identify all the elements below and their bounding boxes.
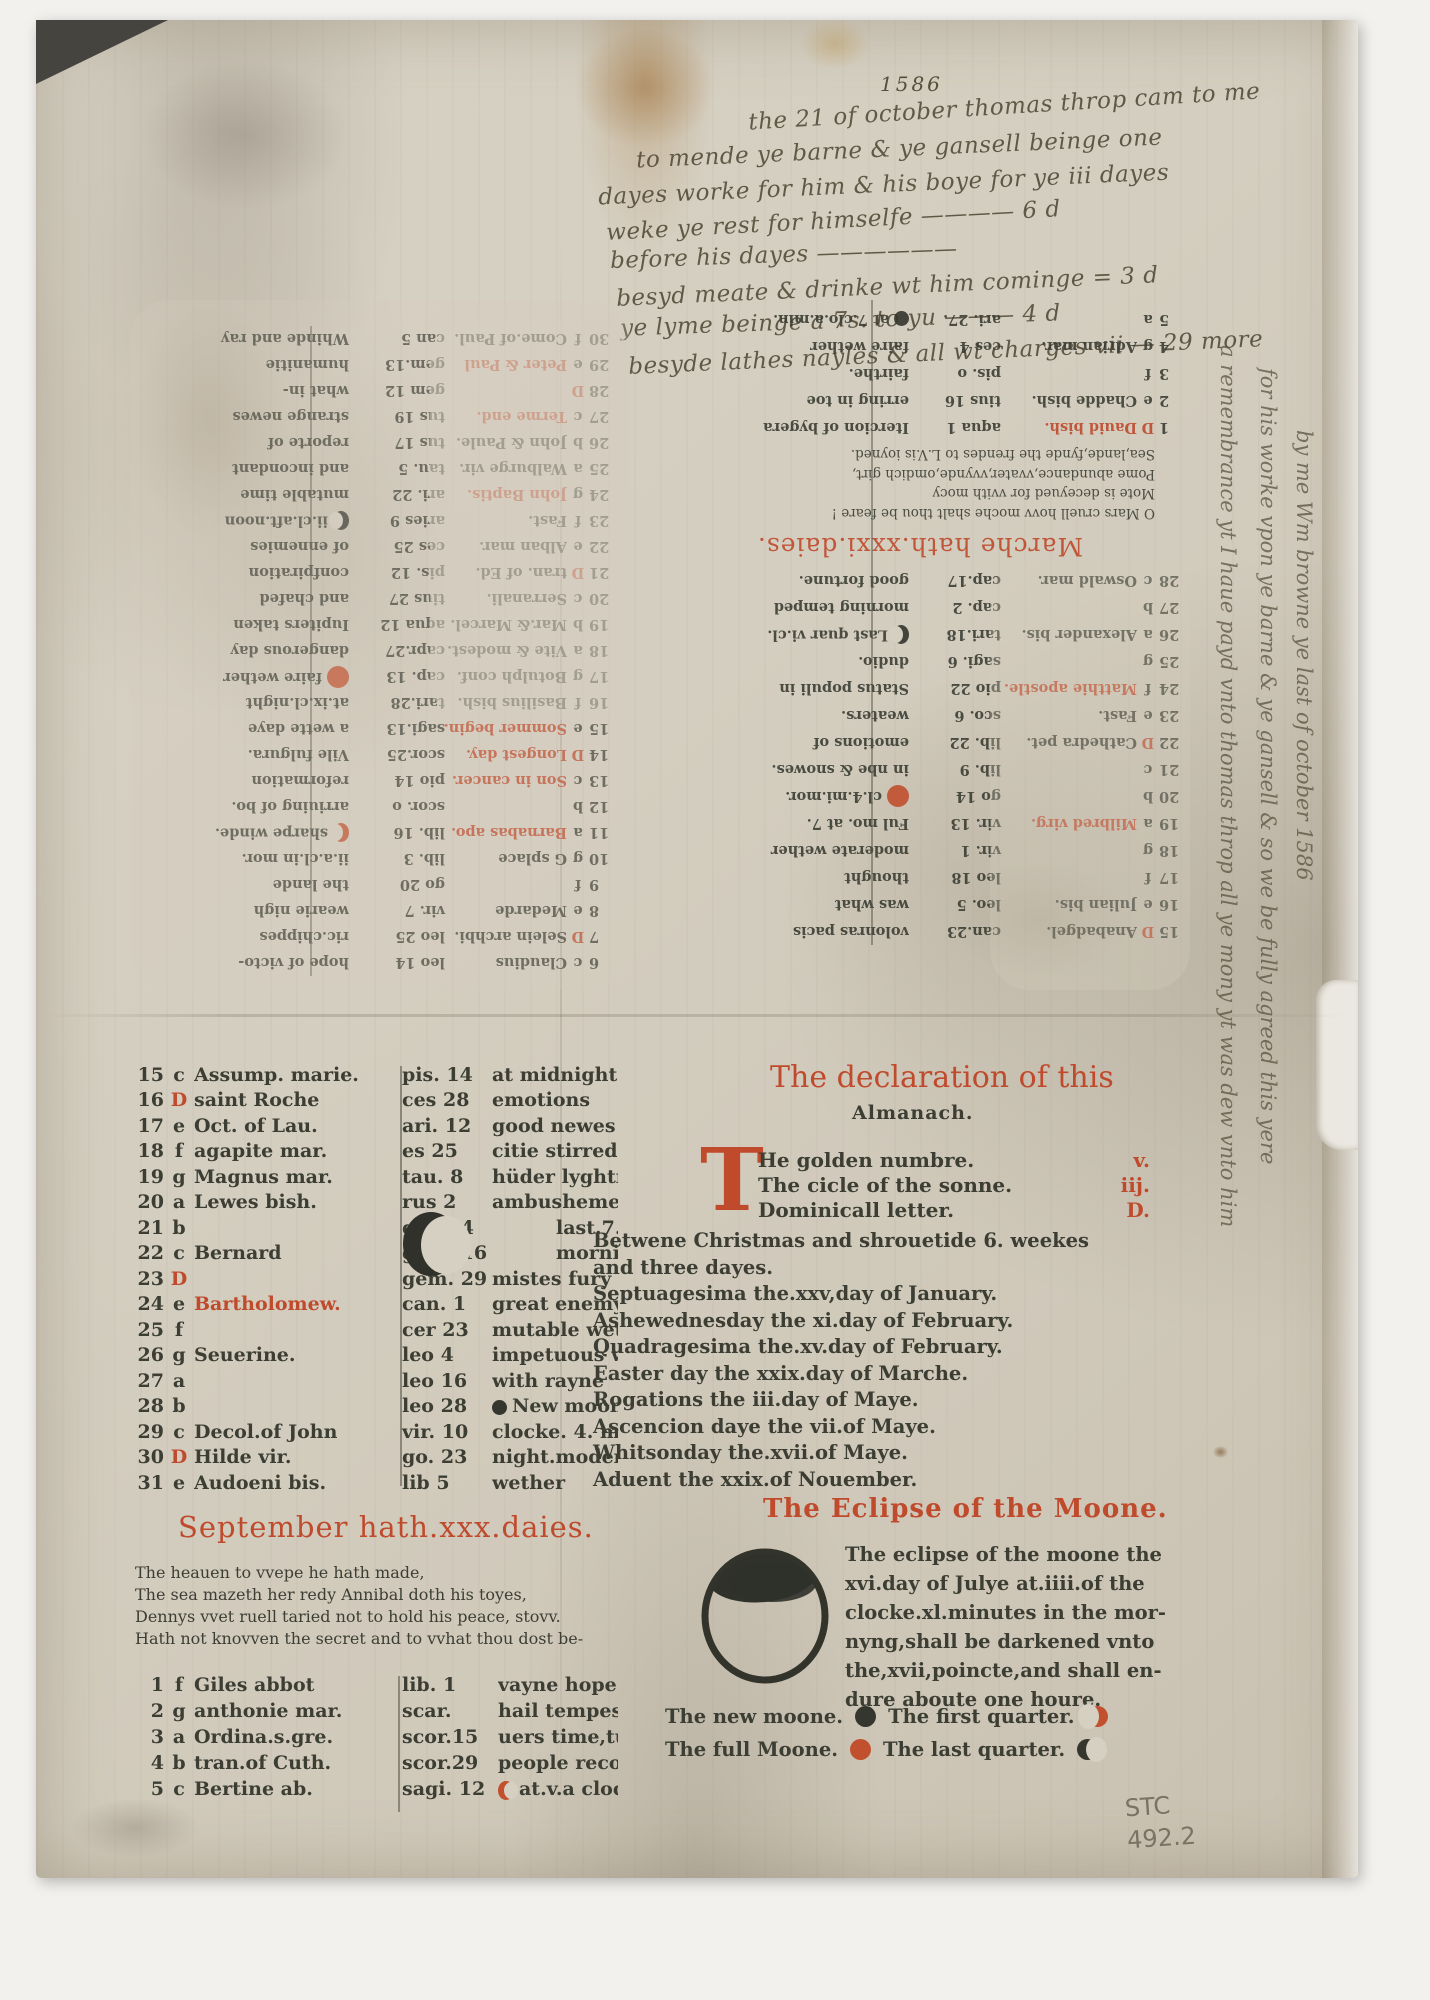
march-rows: 1DDauid bish.aqua 1Itercion of bygera2eC…	[655, 306, 1185, 441]
calendar-row: 17eOct. of Lau.ari. 12good newes	[130, 1113, 618, 1139]
dominical-letter: D	[567, 747, 589, 764]
full-moon-icon	[850, 1739, 871, 1760]
first-quarter-label: The first quarter.	[888, 1705, 1075, 1728]
calendar-row: 3aOrdina.s.gre.scor.15uers time,tumult	[130, 1724, 618, 1750]
day-number: 18	[589, 643, 615, 660]
day-number: 5	[1159, 311, 1185, 328]
prognostication: humanitie	[137, 357, 349, 374]
zodiac-degree: pio 14	[349, 773, 445, 790]
feast-name: Adrian mar.	[1001, 338, 1137, 355]
zodiac-degree: aqua 1	[909, 419, 1001, 436]
sun-cycle-value: iij.	[1121, 1173, 1150, 1198]
day-number: 23	[1159, 707, 1185, 724]
text-line: Mote is deceyued for vvith mocy	[655, 483, 1155, 503]
feast-name: Botulph conf.	[445, 669, 567, 686]
prognostication: hüder lyghtning	[492, 1166, 618, 1188]
day-number: 29	[130, 1421, 164, 1443]
calendar-row: 15cAssump. marie.pis. 14at midnight heat…	[130, 1062, 618, 1088]
dominical-letter: e	[567, 539, 589, 556]
dominical-letter: c	[567, 955, 589, 972]
day-number: 24	[1159, 680, 1185, 697]
calendar-row: 7DSelein archbi.leo 25ric.chippes	[137, 924, 615, 950]
day-number: 8	[589, 903, 615, 920]
prognostication: at.v.a clocke in	[498, 1778, 618, 1800]
calendar-row: 29ePeter & Paulgem.13humanitie	[137, 352, 615, 378]
feast-name: Audoeni bis.	[194, 1472, 402, 1494]
feast-name: Cathedra pet.	[1001, 734, 1137, 751]
dominical-letter: e	[567, 903, 589, 920]
dominical-letter: f	[1137, 869, 1159, 886]
prognostication: what in-	[137, 383, 349, 400]
feast-name: Claudius	[445, 955, 567, 972]
inverted-june-calendar: 6cClaudiusleo 14hope of victo-7DSelein a…	[137, 326, 615, 976]
dominical-letter: e	[1137, 896, 1159, 913]
zodiac-degree: vir. 1	[909, 842, 1001, 859]
calendar-row: 18fagapite mar.es 25citie stirred	[130, 1139, 618, 1165]
zodiac-degree: cap. 13	[349, 669, 445, 686]
feast-name: tran. of Ed.	[445, 565, 567, 582]
feast-name: Son in cancer.	[445, 773, 567, 790]
text-line: The eclipse of the moone the	[845, 1540, 1166, 1569]
zodiac-degree: ces 25	[349, 539, 445, 556]
zodiac-degree: ari. 12	[402, 1115, 492, 1137]
feast-name: Dauid bish.	[1001, 419, 1137, 436]
declaration-heading: The declaration of this	[770, 1060, 1114, 1095]
feast-name: Barnabas apo.	[445, 825, 567, 842]
september-poem: The heauen to vvepe he hath made,The sea…	[135, 1562, 583, 1650]
day-number: 20	[589, 591, 615, 608]
dominical-letter: c	[164, 1064, 194, 1086]
day-number: 3	[1159, 365, 1185, 382]
day-number: 4	[1159, 338, 1185, 355]
calendar-row: 17fleo 18thought	[655, 864, 1185, 891]
zodiac-degree: cer 23	[402, 1319, 492, 1341]
dominical-letter: e	[567, 357, 589, 374]
calendar-row: 3fpis. ofairthe.	[655, 360, 1185, 387]
feast-name: Come.of Paul.	[445, 331, 567, 348]
declaration-subheading: Almanach.	[852, 1102, 974, 1124]
feast-name: Giles abbot	[194, 1674, 402, 1696]
prognostication: reformation	[137, 773, 349, 790]
text-line: Ashewednesday the xi.day of February.	[593, 1308, 1089, 1335]
feast-name: Mar.& Marcel.	[445, 617, 567, 634]
text-line: Dennys vvet ruell taried not to hold his…	[135, 1606, 583, 1628]
calendar-row: 23fFast.aries 9ii.cl.aft.noon	[137, 508, 615, 534]
day-number: 24	[130, 1293, 164, 1315]
dominical-letter: g	[1137, 338, 1159, 355]
calendar-row: 24fMatthie apostle.pio 22Status populi i…	[655, 675, 1185, 702]
calendar-row: 31eAudoeni bis.lib 5wether	[130, 1470, 618, 1496]
new-moon-icon	[855, 1706, 876, 1727]
day-number: 17	[1159, 869, 1185, 886]
zodiac-degree: capr.27	[349, 643, 445, 660]
golden-number-row: He golden numbre. v.	[758, 1148, 1150, 1173]
dominical-letter: b	[1137, 788, 1159, 805]
prognostication: Whinde and ray	[137, 331, 349, 348]
zodiac-degree: aries 9	[349, 513, 445, 530]
last-quarter-label: The last quarter.	[883, 1738, 1065, 1761]
feast-name: Ordina.s.gre.	[194, 1726, 402, 1748]
zodiac-degree: cap.17	[909, 572, 1001, 589]
moon-dot-icon	[492, 1400, 507, 1415]
eclipse-diagram	[695, 1538, 835, 1692]
text-line: nyng,shall be darkened vnto	[845, 1627, 1166, 1656]
calendar-row: 24eBartholomew.can. 1great enemy	[130, 1292, 618, 1318]
day-number: 25	[130, 1319, 164, 1341]
day-number: 22	[130, 1242, 164, 1264]
feast-name: Oswald mar.	[1001, 572, 1137, 589]
day-number: 4	[130, 1752, 164, 1774]
dominical-letter: a	[1137, 626, 1159, 643]
dominical-letter: b	[567, 799, 589, 816]
zodiac-degree: can 5	[349, 331, 445, 348]
calendar-row: 15eSommer begin.sagi.13a wette daye	[137, 716, 615, 742]
day-number: 30	[589, 331, 615, 348]
prognostication: ambushementes	[492, 1191, 618, 1213]
moon-dot-icon	[894, 312, 909, 327]
day-number: 19	[1159, 815, 1185, 832]
day-number: 1	[130, 1674, 164, 1696]
prognostication: strange newes	[137, 409, 349, 426]
feast-name: Alban mar.	[445, 539, 567, 556]
prognostication: good newes	[492, 1115, 618, 1137]
feast-name: anthonie mar.	[194, 1700, 402, 1722]
prognostication: wearie nigh	[137, 903, 349, 920]
dominical-letter: b	[567, 435, 589, 452]
feast-name: Oct. of Lau.	[194, 1115, 402, 1137]
zodiac-degree: scor.25	[349, 747, 445, 764]
feast-name: Chadde bish.	[1001, 392, 1137, 409]
feast-name: Magnus mar.	[194, 1166, 402, 1188]
feast-name: Sommer begin.	[445, 721, 567, 738]
zodiac-degree: tius 27	[349, 591, 445, 608]
dominical-letter: e	[164, 1472, 194, 1494]
dominical-letter: f	[567, 877, 589, 894]
dominical-letter: e	[567, 721, 589, 738]
feast-name: Alexander bis.	[1001, 626, 1137, 643]
prognostication: emotions	[492, 1089, 618, 1111]
text-line: Betwene Christmas and shrouetide 6. week…	[593, 1228, 1089, 1255]
column-rule	[310, 326, 312, 976]
column-rule	[400, 1066, 402, 1486]
prognostication: dangerous day	[137, 643, 349, 660]
dominical-letter: c	[567, 409, 589, 426]
text-line: Pome abundance,vvater,vvynde,omdich girt…	[655, 464, 1155, 484]
dominical-letter: a	[1137, 815, 1159, 832]
day-number: 3	[130, 1726, 164, 1748]
dominical-letter: e	[164, 1293, 194, 1315]
calendar-row: 13cSon in cancer.pio 14reformation	[137, 768, 615, 794]
march-heading: Marche hath.xxxi.daies.	[655, 525, 1185, 567]
eclipse-heading: The Eclipse of the Moone.	[763, 1494, 1168, 1524]
prognostication: and incondant	[137, 461, 349, 478]
feast-name: Longest day.	[445, 747, 567, 764]
zodiac-degree: leo 25	[349, 929, 445, 946]
text-line: and three dayes.	[593, 1255, 1089, 1282]
zodiac-degree: pio 22	[909, 680, 1001, 697]
dominical-letter: c	[1137, 761, 1159, 778]
day-number: 25	[589, 461, 615, 478]
moon-legend-row-2: The full Moone. The last quarter.	[665, 1738, 1098, 1761]
calendar-row: 23eFast.sco. 6weaters.	[655, 702, 1185, 729]
calendar-row: 28bleo 28New moone 9.	[130, 1394, 618, 1420]
zodiac-degree: leo. 5	[909, 896, 1001, 913]
zodiac-degree: ces 28	[402, 1089, 492, 1111]
day-number: 24	[589, 487, 615, 504]
prognostication: at.ix.cl.night	[137, 695, 349, 712]
zodiac-degree: tari.28	[349, 695, 445, 712]
dominical-letter: f	[567, 695, 589, 712]
dominical-letter: D	[567, 565, 589, 582]
golden-number-label: He golden numbre.	[758, 1148, 1133, 1173]
eclipse-paragraph: The eclipse of the moone thexvi.day of J…	[845, 1540, 1166, 1714]
zodiac-degree: can. 1	[402, 1293, 492, 1315]
zodiac-degree: rus 2	[402, 1191, 492, 1213]
feast-name: Milbred virg.	[1001, 815, 1137, 832]
day-number: 11	[589, 825, 615, 842]
pencil-shelfmark: STC 492.2	[1124, 1788, 1197, 1857]
calendar-row: 10gG splacelib. 3ii.a.cl.in mor.	[137, 846, 615, 872]
dominical-letter-row: Dominicall letter. D.	[758, 1198, 1150, 1223]
calendar-row: 27bcap. 2morning temped	[655, 594, 1185, 621]
calendar-row: 23Dgem. 29mistes fury of the	[130, 1266, 618, 1292]
zodiac-degree: leo 28	[402, 1395, 492, 1417]
text-line: Whitsonday the.xvii.of Maye.	[593, 1440, 1089, 1467]
dominical-letter: b	[567, 617, 589, 634]
dominical-letter: D	[164, 1089, 194, 1111]
day-number: 7	[589, 929, 615, 946]
feast-name: Decol.of John	[194, 1421, 402, 1443]
feast-name: Fast.	[445, 513, 567, 530]
feast-name: Julian bis.	[1001, 896, 1137, 913]
dominical-letter-value: D.	[1126, 1198, 1150, 1223]
day-number: 9	[589, 877, 615, 894]
calendar-row: 22DCathedra pet.lib. 22emotions of	[655, 729, 1185, 756]
prognostication: hail tempest & di-	[498, 1700, 618, 1722]
calendar-row: 20bgo 14cl.4.mi.mor.	[655, 783, 1185, 810]
zodiac-degree: lib. 22	[909, 734, 1001, 751]
zodiac-degree: lib. 9	[909, 761, 1001, 778]
zodiac-degree: ari. 27.	[909, 311, 1001, 328]
feast-name: Peter & Paul	[445, 357, 567, 374]
dominical-letter: D	[164, 1446, 194, 1468]
dominical-letter: b	[1137, 599, 1159, 616]
dominical-letter: g	[567, 851, 589, 868]
day-number: 20	[1159, 788, 1185, 805]
day-number: 22	[1159, 734, 1185, 751]
zodiac-degree: ces 4	[909, 338, 1001, 355]
day-number: 23	[130, 1268, 164, 1290]
calendar-row: 20aLewes bish.rus 2ambushementes	[130, 1190, 618, 1216]
feast-name: Terme end.	[445, 409, 567, 426]
dominical-letter: c	[567, 773, 589, 790]
calendar-row: 25fcer 23mutable wether	[130, 1317, 618, 1343]
zodiac-degree: vir. 10	[402, 1421, 492, 1443]
calendar-row: 17gBotulph conf.cap. 13faire wether	[137, 664, 615, 690]
day-number: 21	[1159, 761, 1185, 778]
calendar-row: 2ganthonie mar.scar.hail tempest & di-	[130, 1698, 618, 1724]
feast-name: John & Paule.	[445, 435, 567, 452]
zodiac-degree: sagi. 12	[402, 1778, 498, 1800]
september-calendar: 1fGiles abbotlib. 1vayne hope2ganthonie …	[130, 1672, 618, 1802]
calendar-row: 5aari. 27.at 7.clo.a.min.	[655, 306, 1185, 333]
text-line: clocke.xl.minutes in the mor-	[845, 1598, 1166, 1627]
feast-name: Walburge vir.	[445, 461, 567, 478]
dominical-letter: a	[164, 1370, 194, 1392]
day-number: 18	[1159, 842, 1185, 859]
zodiac-degree: lib. 3	[349, 851, 445, 868]
prognostication: faire wether	[137, 666, 349, 688]
zodiac-degree: tau. 8	[402, 1166, 492, 1188]
calendar-row: 21bgem. 4last.7.c.3. mi.	[130, 1215, 618, 1241]
zodiac-degree: vir. 13	[909, 815, 1001, 832]
feast-name: Serranali.	[445, 591, 567, 608]
prognostication: sharpe winde.	[137, 824, 349, 843]
day-number: 27	[130, 1370, 164, 1392]
calendar-row: 2eChadde bish.tius 16erring in toe	[655, 387, 1185, 414]
day-number: 26	[130, 1344, 164, 1366]
calendar-row: 12bscor. oarriuing of bo.	[137, 794, 615, 820]
calendar-row: 26aAlexander bis.tari.18Last quar vi.cl.	[655, 621, 1185, 648]
text-line: Quadragesima the.xv.day of February.	[593, 1334, 1089, 1361]
dominical-letter: c	[164, 1242, 194, 1264]
dominical-letter: D	[1137, 734, 1159, 751]
zodiac-degree: leo 4	[402, 1344, 492, 1366]
calendar-row: 14DLongest day.scor.25Vile fulgura.	[137, 742, 615, 768]
crescent-moon-icon	[498, 1781, 514, 1800]
day-number: 6	[589, 955, 615, 972]
feast-name: Selein archbi.	[445, 929, 567, 946]
prognostication: reporte of	[137, 435, 349, 452]
day-number: 16	[589, 695, 615, 712]
text-line: the 21 of october thomas throp cam to me	[748, 78, 1261, 135]
dominical-letter: D	[567, 383, 589, 400]
zodiac-degree: pis. o	[909, 365, 1001, 382]
dominical-letter: a	[1137, 311, 1159, 328]
feast-name: Basilius bish.	[445, 695, 567, 712]
calendar-row: 19bMar.& Marcel.aqua 12Iupiters taken	[137, 612, 615, 638]
august-calendar: 15cAssump. marie.pis. 14at midnight heat…	[130, 1062, 618, 1496]
day-number: 28	[589, 383, 615, 400]
feast-name: tran.of Cuth.	[194, 1752, 402, 1774]
dominical-letter-label: Dominicall letter.	[758, 1198, 1126, 1223]
feast-name: Anabadgel.	[1001, 923, 1137, 940]
dominical-letter: f	[1137, 365, 1159, 382]
day-number: 15	[1159, 923, 1185, 940]
calendar-row: 24gJohn Baptis.ari. 22mutable time	[137, 482, 615, 508]
declaration-items: He golden numbre. v. The cicle of the so…	[758, 1148, 1150, 1223]
calendar-row: 21Dtran. of Ed.pis. 12confpiration	[137, 560, 615, 586]
calendar-row: 28cOswald mar.cap.17good fortune.	[655, 567, 1185, 594]
dominical-letter: f	[567, 513, 589, 530]
dominical-letter: c	[1137, 572, 1159, 589]
dominical-letter: b	[164, 1217, 194, 1239]
march-poem: O Mars cruell hovv moche shalt thou be f…	[655, 441, 1185, 525]
dominical-letter: a	[164, 1191, 194, 1213]
scanned-almanac-page: 1586 the 21 of october thomas throp cam …	[0, 0, 1430, 2000]
last-quarter-icon	[1077, 1739, 1098, 1760]
shelfmark-line1: STC	[1124, 1788, 1195, 1825]
zodiac-degree: tus 19	[349, 409, 445, 426]
prognostication: ric.chippes	[137, 929, 349, 946]
zodiac-degree: pis. 12	[349, 565, 445, 582]
dominical-letter: f	[1137, 680, 1159, 697]
zodiac-degree: pis. 14	[402, 1064, 492, 1086]
feast-name: Bertine ab.	[194, 1778, 402, 1800]
calendar-row: 16eJulian bis.leo. 5was what	[655, 891, 1185, 918]
prognostication: mutable time	[137, 487, 349, 504]
calendar-row: 28Dgem 12what in-	[137, 378, 615, 404]
calendar-row: 21clib. 9in nbe & snowes.	[655, 756, 1185, 783]
zodiac-degree: can.23	[909, 923, 1001, 940]
calendar-row: 4btran.of Cuth.scor.29people recon.	[130, 1750, 618, 1776]
first-quarter-icon	[1087, 1706, 1108, 1727]
text-line: Sea,lande,fynde the frendes to L.V.is io…	[655, 444, 1155, 464]
calendar-row: 1fGiles abbotlib. 1vayne hope	[130, 1672, 618, 1698]
dominical-letter: c	[164, 1778, 194, 1800]
zodiac-degree: leo 18	[909, 869, 1001, 886]
day-number: 12	[589, 799, 615, 816]
feast-name: Hilde vir.	[194, 1446, 402, 1468]
moon-legend-row-1: The new moone. The first quarter.	[665, 1705, 1108, 1728]
calendar-row: 26gSeuerine.leo 4impetuous winds	[130, 1343, 618, 1369]
zodiac-degree: sagi.13	[349, 721, 445, 738]
prognostication: and chafed	[137, 591, 349, 608]
golden-number-value: v.	[1133, 1148, 1150, 1173]
calendar-row: 19gMagnus mar.tau. 8hüder lyghtning	[130, 1164, 618, 1190]
zodiac-degree: tari.18	[909, 626, 1001, 643]
prognostication: Iupiters taken	[137, 617, 349, 634]
dominical-letter: e	[1137, 707, 1159, 724]
feast-name: John Baptis.	[445, 487, 567, 504]
dominical-letter: g	[164, 1166, 194, 1188]
day-number: 21	[130, 1217, 164, 1239]
calendar-row: 15DAnabadgel.can.23volonras pacis	[655, 918, 1185, 945]
day-number: 21	[589, 565, 615, 582]
zodiac-degree: tau. 5	[349, 461, 445, 478]
prognostication: hope of victo-	[137, 955, 349, 972]
calendar-row: 1DDauid bish.aqua 1Itercion of bygera	[655, 414, 1185, 441]
dominical-letter: a	[567, 461, 589, 478]
dominical-letter: f	[164, 1319, 194, 1341]
day-number: 27	[1159, 599, 1185, 616]
full-moon-label: The full Moone.	[665, 1738, 838, 1761]
dominical-letter: a	[567, 643, 589, 660]
horizontal-fold-crease	[40, 1014, 1350, 1017]
edge-tear	[1316, 980, 1358, 1150]
feast-name: saint Roche	[194, 1089, 402, 1111]
day-number: 23	[589, 513, 615, 530]
zodiac-degree: ari. 22	[349, 487, 445, 504]
crescent-moon-icon	[333, 824, 349, 843]
new-moon-label: The new moone.	[665, 1705, 843, 1728]
text-line: O Mars cruell hovv moche shalt thou be f…	[655, 503, 1155, 523]
prognostication: a wette daye	[137, 721, 349, 738]
zodiac-degree: sco. 6	[909, 707, 1001, 724]
day-number: 27	[589, 409, 615, 426]
february-rows: 15DAnabadgel.can.23volonras pacis16eJuli…	[655, 567, 1185, 945]
dominical-letter: D	[1137, 419, 1159, 436]
zodiac-degree: scar.	[402, 1700, 498, 1722]
feast-name: G splace	[445, 851, 567, 868]
prognostication: vayne hope	[498, 1674, 618, 1696]
dominical-letter: b	[164, 1395, 194, 1417]
dominical-letter: c	[164, 1421, 194, 1443]
day-number: 15	[589, 721, 615, 738]
text-line: Rogations the iii.day of Maye.	[593, 1387, 1089, 1414]
inverted-february-march-page: 15DAnabadgel.can.23volonras pacis16eJuli…	[655, 300, 1185, 945]
dominical-letter: a	[164, 1726, 194, 1748]
